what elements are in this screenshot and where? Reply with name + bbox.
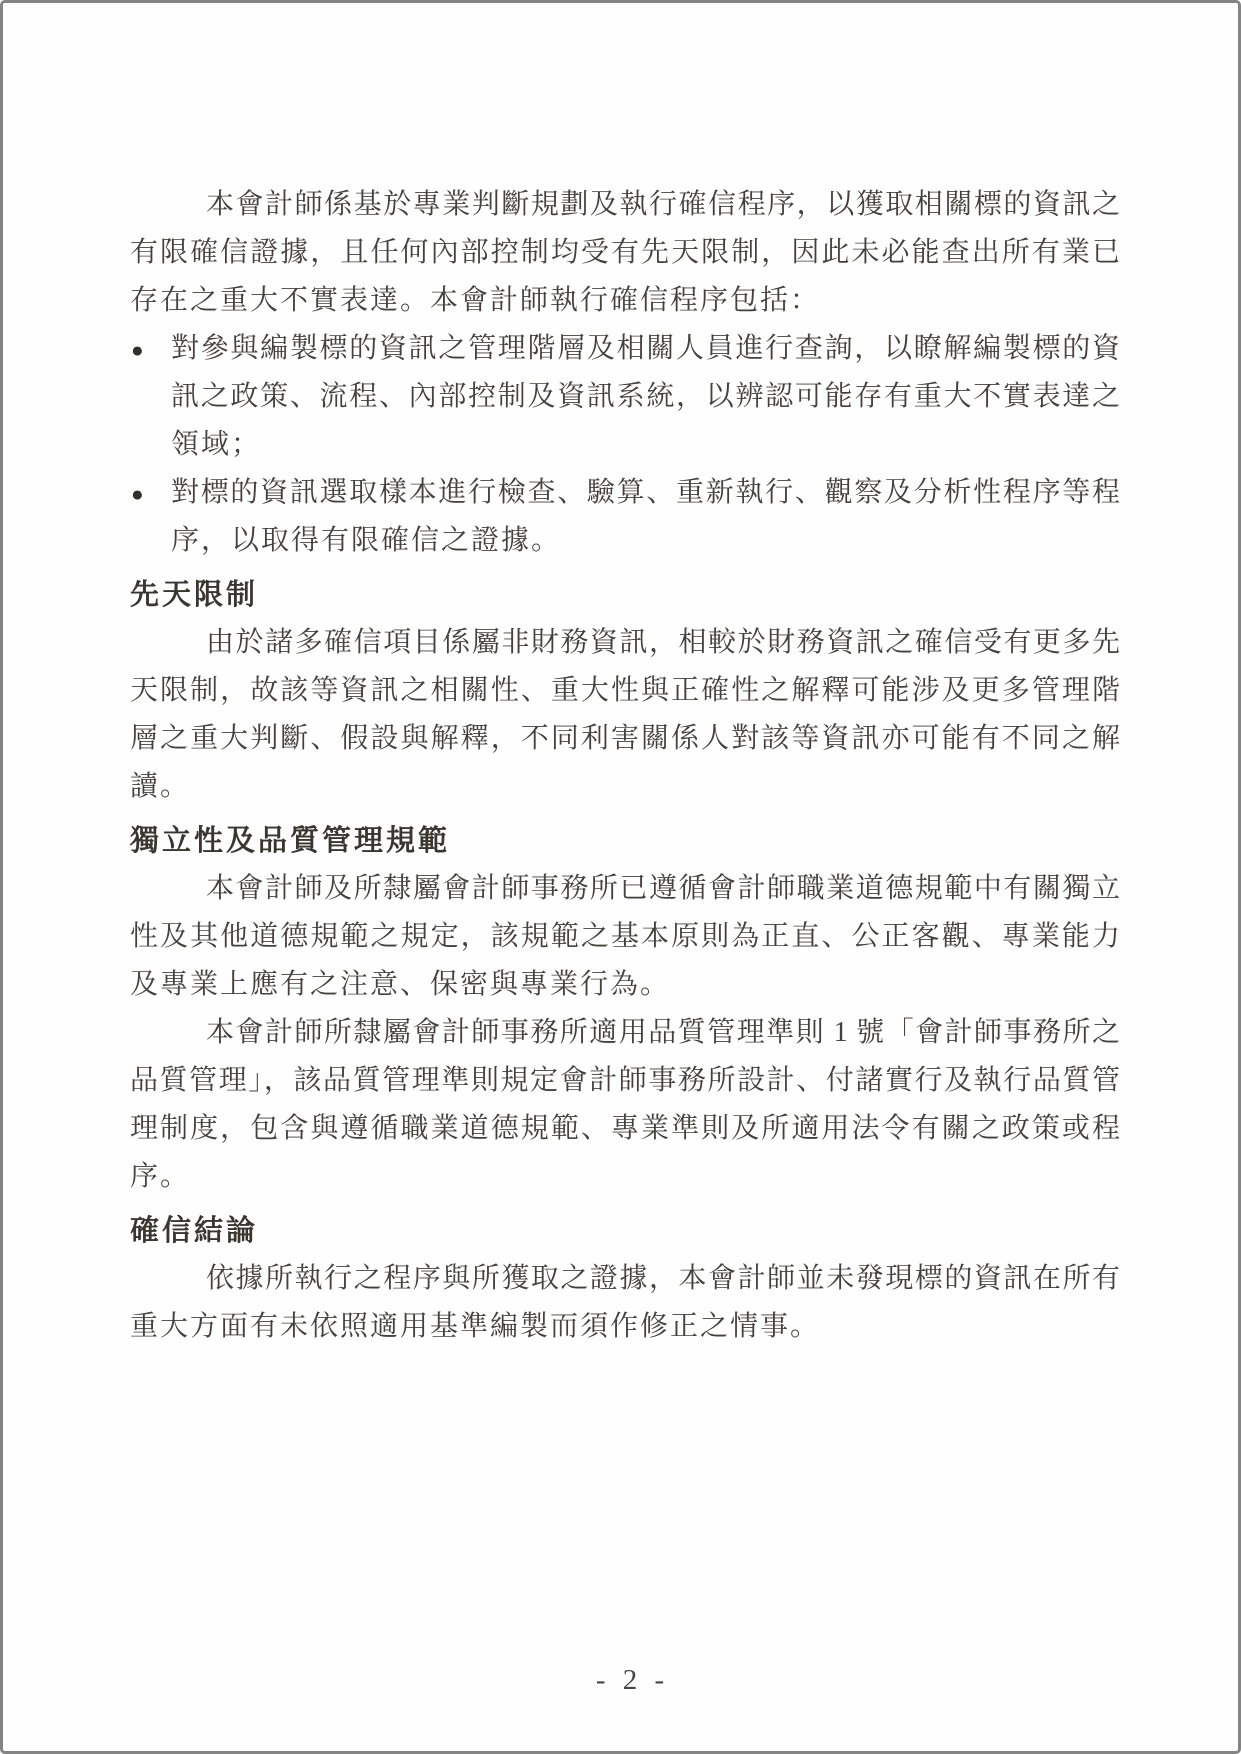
text-line: 理制度，包含與遵循職業道德規範、專業準則及所適用法令有關之政策或程 [130,1105,1120,1153]
text-line: 性及其他道德規範之規定，該規範之基本原則為正直、公正客觀、專業能力 [130,913,1120,961]
text-line: 領域； [130,421,1120,469]
page-number: - 2 - [15,1664,1241,1697]
text-line: 序，以取得有限確信之證據。 [130,517,1120,565]
scanned-page: 本會計師係基於專業判斷規劃及執行確信程序，以獲取相關標的資訊之有限確信證據，且任… [0,0,1241,1754]
bullet-item: ●對標的資訊選取樣本進行檢查、驗算、重新執行、觀察及分析性程序等程序，以取得有限… [130,469,1120,565]
text-line: 層之重大判斷、假設與解釋，不同利害關係人對該等資訊亦可能有不同之解 [130,715,1120,763]
document-body: 本會計師係基於專業判斷規劃及執行確信程序，以獲取相關標的資訊之有限確信證據，且任… [130,181,1120,1351]
text-line: 天限制，故該等資訊之相關性、重大性與正確性之解釋可能涉及更多管理階 [130,667,1120,715]
text-line: 品質管理」，該品質管理準則規定會計師事務所設計、付諸實行及執行品質管 [130,1057,1120,1105]
text-line: 本會計師及所隸屬會計師事務所已遵循會計師職業道德規範中有關獨立 [130,865,1120,913]
paragraph: 依據所執行之程序與所獲取之證據，本會計師並未發現標的資訊在所有重大方面有未依照適… [130,1255,1120,1351]
paragraph: 由於諸多確信項目係屬非財務資訊，相較於財務資訊之確信受有更多先天限制，故該等資訊… [130,619,1120,811]
text-line: 本會計師係基於專業判斷規劃及執行確信程序，以獲取相關標的資訊之 [130,181,1120,229]
paragraph: 本會計師及所隸屬會計師事務所已遵循會計師職業道德規範中有關獨立性及其他道德規範之… [130,865,1120,1009]
section-heading: 確信結論 [130,1207,1120,1255]
paragraph: 本會計師係基於專業判斷規劃及執行確信程序，以獲取相關標的資訊之有限確信證據，且任… [130,181,1120,325]
text-line: 序。 [130,1153,1120,1201]
bullet-icon: ● [131,325,144,373]
text-line: 及專業上應有之注意、保密與專業行為。 [130,961,1120,1009]
text-line: 對參與編製標的資訊之管理階層及相關人員進行查詢，以瞭解編製標的資 [130,325,1120,373]
text-line: 讀。 [130,763,1120,811]
bullet-icon: ● [131,469,144,517]
text-line: 存在之重大不實表達。本會計師執行確信程序包括： [130,277,1120,325]
text-line: 由於諸多確信項目係屬非財務資訊，相較於財務資訊之確信受有更多先 [130,619,1120,667]
bullet-item: ●對參與編製標的資訊之管理階層及相關人員進行查詢，以瞭解編製標的資訊之政策、流程… [130,325,1120,469]
text-line: 對標的資訊選取樣本進行檢查、驗算、重新執行、觀察及分析性程序等程 [130,469,1120,517]
text-line: 有限確信證據，且任何內部控制均受有先天限制，因此未必能查出所有業已 [130,229,1120,277]
text-line: 依據所執行之程序與所獲取之證據，本會計師並未發現標的資訊在所有 [130,1255,1120,1303]
section-heading: 先天限制 [130,571,1120,619]
text-line: 訊之政策、流程、內部控制及資訊系統，以辨認可能存有重大不實表達之 [130,373,1120,421]
text-line: 重大方面有未依照適用基準編製而須作修正之情事。 [130,1303,1120,1351]
section-heading: 獨立性及品質管理規範 [130,817,1120,865]
text-line: 本會計師所隸屬會計師事務所適用品質管理準則 1 號「會計師事務所之 [130,1009,1120,1057]
paragraph: 本會計師所隸屬會計師事務所適用品質管理準則 1 號「會計師事務所之品質管理」，該… [130,1009,1120,1201]
